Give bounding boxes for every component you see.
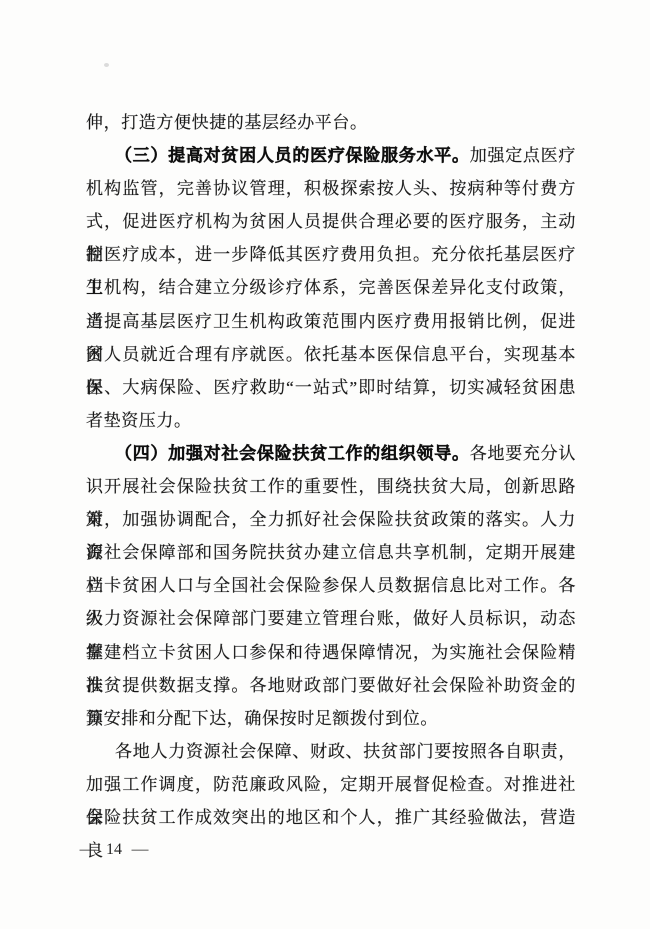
text-line: 生机构，结合建立分级诊疗体系，完善医保差异化支付政策，适 [86, 271, 576, 304]
text-line: 保险扶贫工作成效突出的地区和个人，推广其经验做法，营造良 [86, 801, 576, 834]
text-line: 制医疗成本，进一步降低其医疗费用负担。充分依托基层医疗卫 [86, 238, 576, 271]
text-line: 式，促进医疗机构为贫困人员提供合理必要的医疗服务，主动控 [86, 205, 576, 238]
text-line: 加强工作调度，防范廉政风险，定期开展督促检查。对推进社会 [86, 768, 576, 801]
page-number-right-dash: — [132, 841, 149, 859]
text-line: 保、大病保险、医疗救助“一站式”即时结算，切实减轻贫困患 [86, 371, 576, 404]
text-line: 识开展社会保险扶贫工作的重要性，围绕扶贫大局，创新思路对 [86, 470, 576, 503]
text-line: 各地人力资源社会保障、财政、扶贫部门要按照各自职责， [86, 735, 576, 768]
scan-speck [104, 63, 109, 67]
paragraph-heading: （四）加强对社会保险扶贫工作的组织领导。 [115, 444, 470, 463]
page-number: — 14 — [80, 841, 148, 859]
text-line: 伸，打造方便快捷的基层经办平台。 [86, 106, 576, 139]
text-line: 困人员就近合理有序就医。依托基本医保信息平台，实现基本医 [86, 338, 576, 371]
text-line: 握建档立卡贫困人口参保和待遇保障情况，为实施社会保险精准 [86, 636, 576, 669]
text-line: 源社会保障部和国务院扶贫办建立信息共享机制，定期开展建档 [86, 536, 576, 569]
text-line: 人力资源社会保障部门要建立管理台账，做好人员标识，动态掌 [86, 602, 576, 635]
text-line: （四）加强对社会保险扶贫工作的组织领导。各地要充分认 [86, 437, 576, 470]
text-line: 立卡贫困人口与全国社会保险参保人员数据信息比对工作。各级 [86, 569, 576, 602]
text-line: 者垫资压力。 [86, 404, 576, 437]
document-page: 伸，打造方便快捷的基层经办平台。 （三）提高对贫困人员的医疗保险服务水平。加强定… [0, 0, 650, 929]
page-number-left-dash: — [80, 841, 97, 859]
text-line: 扶贫提供数据支撑。各地财政部门要做好社会保险补助资金的预 [86, 669, 576, 702]
paragraph-heading: （三）提高对贫困人员的医疗保险服务水平。 [115, 146, 470, 165]
text-line: 算安排和分配下达，确保按时足额拨付到位。 [86, 702, 576, 735]
line-text: 加强定点医疗 [470, 146, 576, 165]
text-line: 机构监管，完善协议管理，积极探索按人头、按病种等付费方 [86, 172, 576, 205]
text-line: 当提高基层医疗卫生机构政策范围内医疗费用报销比例，促进贫 [86, 305, 576, 338]
document-body: 伸，打造方便快捷的基层经办平台。 （三）提高对贫困人员的医疗保险服务水平。加强定… [86, 106, 576, 834]
text-line: （三）提高对贫困人员的医疗保险服务水平。加强定点医疗 [86, 139, 576, 172]
text-line: 策，加强协调配合，全力抓好社会保险扶贫政策的落实。人力资 [86, 503, 576, 536]
page-number-value: 14 [106, 841, 122, 859]
line-text: 各地要充分认 [470, 444, 576, 463]
